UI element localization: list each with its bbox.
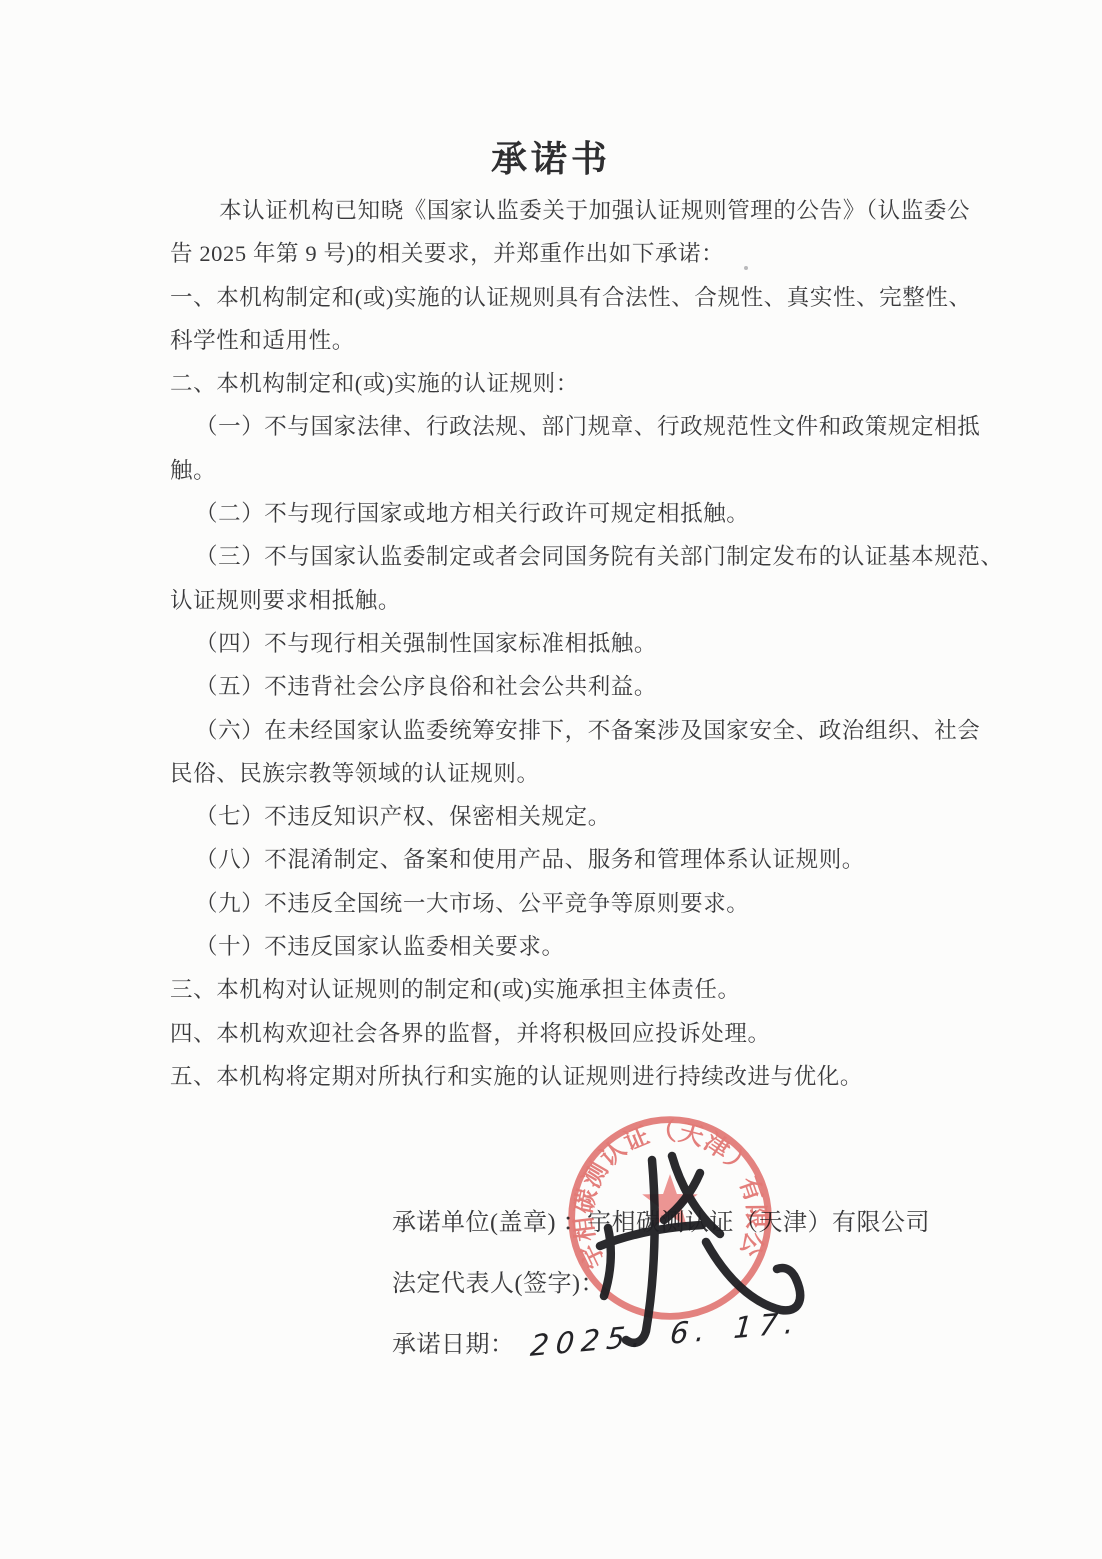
svg-text:349329: 349329 [558, 1106, 563, 1109]
footer-date-label: 承诺日期： [392, 1332, 515, 1358]
seal-code-text: 349329 [558, 1106, 563, 1109]
document-line: 科学性和适用性。 [170, 319, 960, 362]
document-line: （一）不与国家法律、行政法规、部门规章、行政规范性文件和政策规定相抵 [170, 405, 960, 448]
document-line: （三）不与国家认监委制定或者会同国务院有关部门制定发布的认证基本规范、 [170, 535, 960, 578]
document-line: （四）不与现行相关强制性国家标准相抵触。 [170, 622, 960, 665]
document-line: 一、本机构制定和(或)实施的认证规则具有合法性、合规性、真实性、完整性、 [170, 276, 960, 319]
document-line: 民俗、民族宗教等领域的认证规则。 [170, 752, 960, 795]
document-line: 五、本机构将定期对所执行和实施的认证规则进行持续改进与优化。 [170, 1055, 960, 1098]
document-line: 本认证机构已知晓《国家认监委关于加强认证规则管理的公告》（认监委公 [170, 189, 960, 232]
document-line: 三、本机构对认证规则的制定和(或)实施承担主体责任。 [170, 968, 960, 1011]
document-line: （八）不混淆制定、备案和使用产品、服务和管理体系认证规则。 [170, 838, 960, 881]
document-line: （十）不违反国家认监委相关要求。 [170, 925, 960, 968]
document-line: 告 2025 年第 9 号)的相关要求，并郑重作出如下承诺： [170, 232, 960, 275]
signature-handwriting [560, 1128, 820, 1352]
document-line: （九）不违反全国统一大市场、公平竞争等原则要求。 [170, 882, 960, 925]
scan-speck [744, 266, 748, 270]
commitment-letter-page: 承诺书 本认证机构已知晓《国家认监委关于加强认证规则管理的公告》（认监委公 告 … [0, 0, 1102, 1559]
document-line: （五）不违背社会公序良俗和社会公共利益。 [170, 665, 960, 708]
document-line: （二）不与现行国家或地方相关行政许可规定相抵触。 [170, 492, 960, 535]
document-line: （六）在未经国家认监委统筹安排下，不备案涉及国家安全、政治组织、社会 [170, 709, 960, 752]
document-line: 触。 [170, 449, 960, 492]
document-line: 认证规则要求相抵触。 [170, 579, 960, 622]
document-title: 承诺书 [0, 131, 1102, 182]
document-line: 四、本机构欢迎社会各界的监督，并将积极回应投诉处理。 [170, 1012, 960, 1055]
document-line: （七）不违反知识产权、保密相关规定。 [170, 795, 960, 838]
document-line: 二、本机构制定和(或)实施的认证规则： [170, 362, 960, 405]
body-paragraphs: 本认证机构已知晓《国家认监委关于加强认证规则管理的公告》（认监委公 告 2025… [170, 189, 960, 1098]
